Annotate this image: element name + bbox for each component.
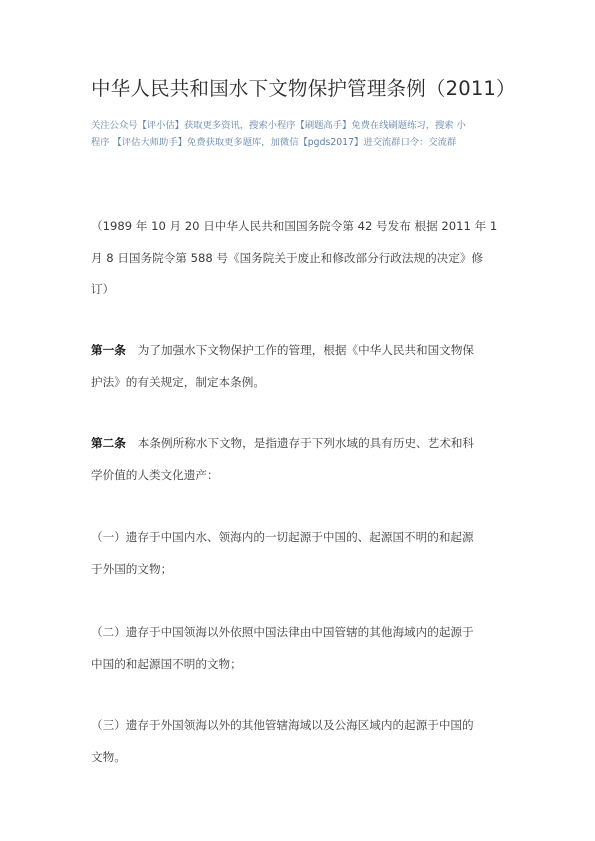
article-label: 第二条: [91, 436, 126, 450]
article-text: 学价值的人类文化遗产：: [91, 460, 507, 492]
item-text: （一）遗存于中国内水、领海内的一切起源于中国的、起源国不明的和起源: [91, 522, 507, 554]
article-2: 第二条本条例所称水下文物，是指遗存于下列水域的具有历史、艺术和科 学价值的人类文…: [91, 428, 507, 491]
item-text: （三）遗存于外国领海以外的其他管辖海域以及公海区域内的起源于中国的: [91, 710, 507, 742]
promo-notice: 关注公众号【评小估】获取更多资讯，搜索小程序【刷题高手】免费在线刷题练习，搜索 …: [91, 117, 509, 151]
preamble-line: （1989 年 10 月 20 日中华人民共和国国务院令第 42 号发布 根据 …: [91, 211, 507, 243]
article-text: 本条例所称水下文物，是指遗存于下列水域的具有历史、艺术和科: [138, 436, 474, 450]
promo-line-2: 程序 【评估大师助手】免费获取更多题库，加微信【pgds2017】进交流群口令：…: [91, 134, 509, 151]
document-title: 中华人民共和国水下文物保护管理条例（2011）: [91, 73, 521, 101]
preamble-line: 月 8 日国务院令第 588 号《国务院关于废止和修改部分行政法规的决定》修: [91, 243, 507, 275]
preamble: （1989 年 10 月 20 日中华人民共和国国务院令第 42 号发布 根据 …: [91, 211, 507, 306]
item-2: （二）遗存于中国领海以外依照中国法律由中国管辖的其他海域内的起源于 中国的和起源…: [91, 617, 507, 680]
article-text: 为了加强水下文物保护工作的管理，根据《中华人民共和国文物保: [138, 343, 474, 357]
item-3: （三）遗存于外国领海以外的其他管辖海域以及公海区域内的起源于中国的 文物。: [91, 710, 507, 773]
preamble-line: 订）: [91, 274, 507, 306]
article-1: 第一条为了加强水下文物保护工作的管理，根据《中华人民共和国文物保 护法》的有关规…: [91, 335, 507, 398]
item-1: （一）遗存于中国内水、领海内的一切起源于中国的、起源国不明的和起源 于外国的文物…: [91, 522, 507, 585]
item-text: （二）遗存于中国领海以外依照中国法律由中国管辖的其他海域内的起源于: [91, 617, 507, 649]
promo-line-1: 关注公众号【评小估】获取更多资讯，搜索小程序【刷题高手】免费在线刷题练习，搜索 …: [91, 117, 509, 134]
item-text: 文物。: [91, 742, 507, 774]
article-label: 第一条: [91, 343, 126, 357]
article-text: 护法》的有关规定，制定本条例。: [91, 367, 507, 399]
item-text: 于外国的文物；: [91, 554, 507, 586]
item-text: 中国的和起源国不明的文物；: [91, 649, 507, 681]
